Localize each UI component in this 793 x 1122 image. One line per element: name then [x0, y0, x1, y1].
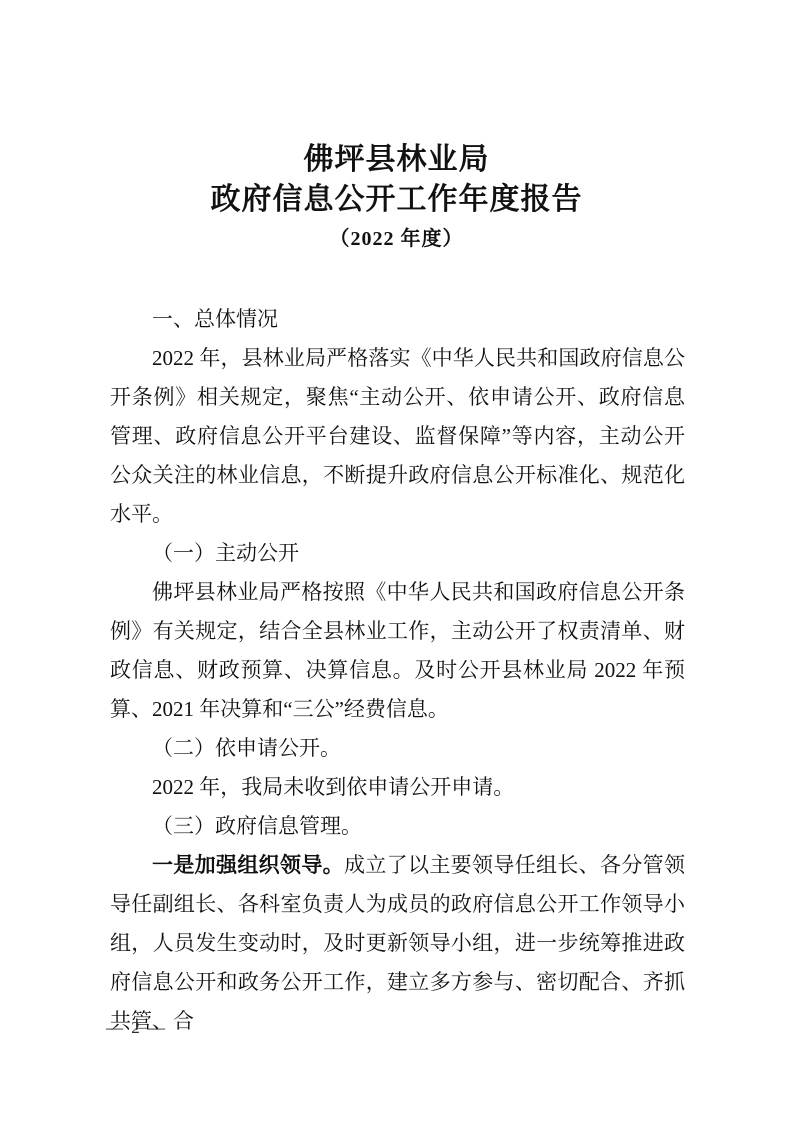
paragraph-information-management: 一是加强组织领导。成立了以主要领导任组长、各分管领导任副组长、各科室负责人为成员… [110, 846, 685, 1041]
subheading-proactive-disclosure: （一）主动公开 [110, 534, 685, 573]
title-block: 佛坪县林业局 政府信息公开工作年度报告 （2022 年度） [0, 140, 793, 258]
document-page: 佛坪县林业局 政府信息公开工作年度报告 （2022 年度） 一、总体情况 202… [0, 0, 793, 1122]
paragraph-proactive-disclosure: 佛坪县林业局严格按照《中华人民共和国政府信息公开条例》有关规定，结合全县林业工作… [110, 573, 685, 729]
bold-lead-strengthen-leadership: 一是加强组织领导。 [152, 854, 344, 877]
subheading-information-management: （三）政府信息管理。 [110, 807, 685, 846]
paragraph-information-management-text: 成立了以主要领导任组长、各分管领导任副组长、各科室负责人为成员的政府信息公开工作… [110, 853, 685, 1033]
document-title-line1: 佛坪县林业局 [0, 140, 793, 180]
document-subtitle-year: （2022 年度） [0, 220, 793, 258]
document-body: 一、总体情况 2022 年，县林业局严格落实《中华人民共和国政府信息公开条例》相… [110, 300, 685, 1041]
document-title-line2: 政府信息公开工作年度报告 [0, 180, 793, 220]
page-number: — 2 — [106, 1018, 167, 1038]
subheading-disclosure-upon-request: （二）依申请公开。 [110, 729, 685, 768]
section-heading-overall-situation: 一、总体情况 [110, 300, 685, 339]
paragraph-disclosure-upon-request: 2022 年，我局未收到依申请公开申请。 [110, 768, 685, 807]
paragraph-overview: 2022 年，县林业局严格落实《中华人民共和国政府信息公开条例》相关规定，聚焦“… [110, 339, 685, 534]
